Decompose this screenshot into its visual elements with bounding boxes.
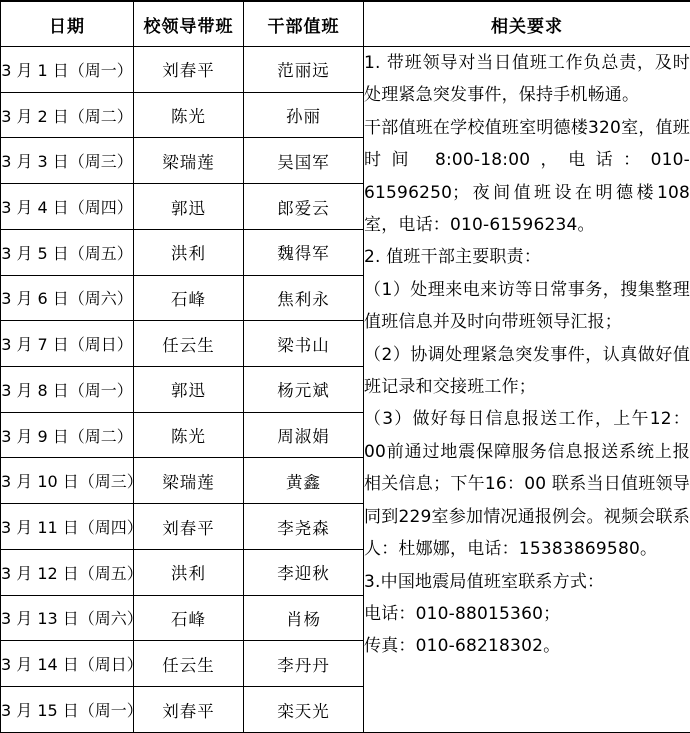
- duty-schedule-table: 日期 校领导带班 干部值班 相关要求 3 月 1 日（周一） 刘春平 范丽远 1…: [0, 0, 690, 733]
- requirement-paragraph: （1）处理来电来访等日常事务，搜集整理值班信息并及时向带班领导汇报；: [364, 274, 690, 339]
- cadre-cell: 杨元斌: [244, 367, 364, 413]
- leader-cell: 陈光: [134, 92, 244, 138]
- cadre-cell: 孙丽: [244, 92, 364, 138]
- requirement-paragraph: 干部值班在学校值班室明德楼320室，值班时间 8:00-18:00，电话：010…: [364, 112, 690, 242]
- date-cell: 3 月 4 日（周四）: [1, 184, 134, 230]
- date-cell: 3 月 7 日（周日）: [1, 321, 134, 367]
- cadre-cell: 周淑娟: [244, 412, 364, 458]
- date-cell: 3 月 11 日（周四）: [1, 504, 134, 550]
- date-cell: 3 月 8 日（周一）: [1, 367, 134, 413]
- cadre-cell: 李尧森: [244, 504, 364, 550]
- leader-cell: 任云生: [134, 641, 244, 687]
- cadre-cell: 魏得军: [244, 229, 364, 275]
- requirement-paragraph: 电话：010-88015360；: [364, 598, 690, 630]
- date-cell: 3 月 9 日（周二）: [1, 412, 134, 458]
- table-row: 3 月 1 日（周一） 刘春平 范丽远 1. 带班领导对当日值班工作负总责，及时…: [1, 47, 690, 93]
- table-header-row: 日期 校领导带班 干部值班 相关要求: [1, 1, 690, 47]
- requirement-paragraph: （2）协调处理紧急突发事件，认真做好值班记录和交接班工作；: [364, 339, 690, 404]
- cadre-cell: 李迎秋: [244, 549, 364, 595]
- date-cell: 3 月 14 日（周日）: [1, 641, 134, 687]
- date-cell: 3 月 1 日（周一）: [1, 47, 134, 93]
- leader-cell: 洪利: [134, 229, 244, 275]
- leader-cell: 任云生: [134, 321, 244, 367]
- leader-cell: 刘春平: [134, 687, 244, 733]
- column-header-cadre: 干部值班: [244, 1, 364, 47]
- requirement-paragraph: 3.中国地震局值班室联系方式：: [364, 566, 690, 598]
- leader-cell: 梁瑞莲: [134, 138, 244, 184]
- leader-cell: 梁瑞莲: [134, 458, 244, 504]
- cadre-cell: 郎爱云: [244, 184, 364, 230]
- date-cell: 3 月 3 日（周三）: [1, 138, 134, 184]
- leader-cell: 陈光: [134, 412, 244, 458]
- leader-cell: 郭迅: [134, 367, 244, 413]
- leader-cell: 刘春平: [134, 47, 244, 93]
- cadre-cell: 肖杨: [244, 595, 364, 641]
- leader-cell: 石峰: [134, 595, 244, 641]
- cadre-cell: 吴国军: [244, 138, 364, 184]
- requirement-paragraph: （3）做好每日信息报送工作，上午12：00前通过地震保障服务信息报送系统上报相关…: [364, 403, 690, 565]
- date-cell: 3 月 15 日（周一）: [1, 687, 134, 733]
- cadre-cell: 栾天光: [244, 687, 364, 733]
- column-header-leader: 校领导带班: [134, 1, 244, 47]
- date-cell: 3 月 12 日（周五）: [1, 549, 134, 595]
- requirements-cell: 1. 带班领导对当日值班工作负总责，及时处理紧急突发事件，保持手机畅通。 干部值…: [364, 47, 690, 733]
- leader-cell: 石峰: [134, 275, 244, 321]
- cadre-cell: 黄鑫: [244, 458, 364, 504]
- date-cell: 3 月 6 日（周六）: [1, 275, 134, 321]
- requirement-paragraph: 1. 带班领导对当日值班工作负总责，及时处理紧急突发事件，保持手机畅通。: [364, 47, 690, 112]
- date-cell: 3 月 2 日（周二）: [1, 92, 134, 138]
- column-header-requirements: 相关要求: [364, 1, 690, 47]
- date-cell: 3 月 10 日（周三）: [1, 458, 134, 504]
- cadre-cell: 范丽远: [244, 47, 364, 93]
- column-header-date: 日期: [1, 1, 134, 47]
- leader-cell: 郭迅: [134, 184, 244, 230]
- cadre-cell: 梁书山: [244, 321, 364, 367]
- leader-cell: 刘春平: [134, 504, 244, 550]
- requirement-paragraph: 传真：010-68218302。: [364, 630, 690, 662]
- date-cell: 3 月 13 日（周六）: [1, 595, 134, 641]
- leader-cell: 洪利: [134, 549, 244, 595]
- cadre-cell: 李丹丹: [244, 641, 364, 687]
- requirement-paragraph: 2. 值班干部主要职责：: [364, 241, 690, 273]
- date-cell: 3 月 5 日（周五）: [1, 229, 134, 275]
- cadre-cell: 焦利永: [244, 275, 364, 321]
